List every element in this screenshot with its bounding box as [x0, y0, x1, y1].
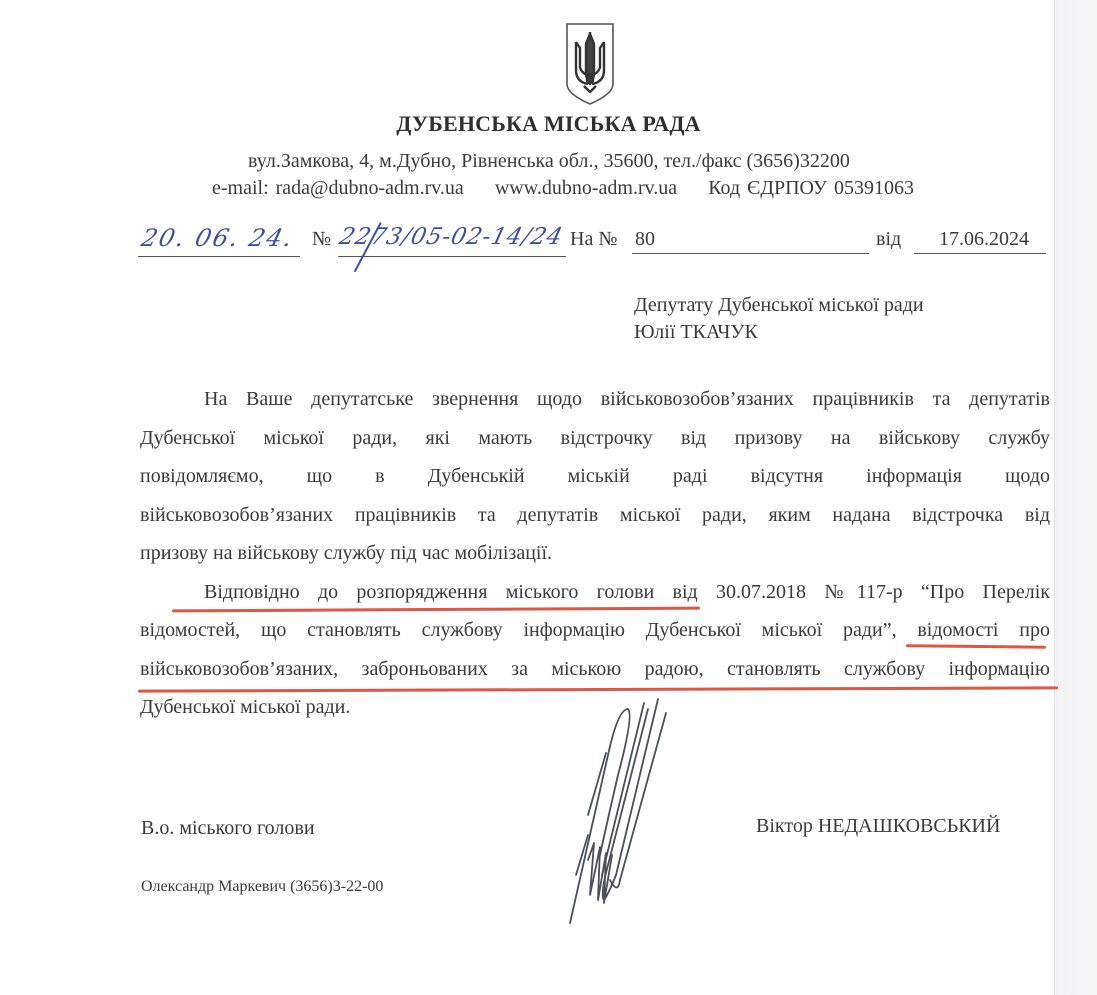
body-line: На Ваше депутатське звернення щодо війсь…	[140, 380, 1050, 419]
organization-address: вул.Замкова, 4, м.Дубно, Рівненська обл.…	[248, 150, 850, 173]
incoming-number-label: На №	[570, 228, 617, 251]
handwritten-signature	[548, 695, 688, 925]
signatory-position: В.о. міського голови	[141, 817, 315, 840]
outgoing-date-handwritten: 20. 06. 24.	[139, 224, 298, 252]
addressee: Депутату Дубенської міської ради Юлії ТК…	[634, 292, 924, 346]
executor-contact: Олександр Маркевич (3656)3-22-00	[141, 878, 383, 896]
body-line: військовозобов’язаних, заброньованих за …	[140, 650, 1050, 689]
outgoing-date-field: 20. 06. 24.	[138, 224, 300, 257]
letter-body: На Ваше депутатське звернення щодо війсь…	[140, 380, 1050, 727]
body-line: Дубенської міської ради, які мають відст…	[140, 419, 1050, 458]
outgoing-number-label: №	[312, 228, 331, 251]
body-line: повідомляємо, що в Дубенській міській ра…	[140, 457, 1050, 496]
organization-contacts: e-mail: rada@dubno-adm.rv.ua www.dubno-a…	[212, 177, 914, 200]
signatory-name: Віктор НЕДАШКОВСЬКИЙ	[756, 815, 1000, 838]
body-line: призову на військову службу під час мобі…	[140, 534, 1050, 573]
organization-website: www.dubno-adm.rv.ua	[495, 177, 677, 199]
organization-email: e-mail: rada@dubno-adm.rv.ua	[212, 177, 464, 199]
addressee-name: Юлії ТКАЧУК	[634, 319, 924, 346]
incoming-date-field: 17.06.2024	[914, 228, 1046, 254]
incoming-date-label: від	[876, 228, 901, 251]
addressee-title: Депутату Дубенської міської ради	[634, 292, 924, 319]
organization-name: ДУБЕНСЬКА МІСЬКА РАДА	[0, 111, 1097, 137]
paragraph-1: На Ваше депутатське звернення щодо війсь…	[140, 380, 1050, 573]
page-edge	[1054, 0, 1097, 995]
organization-edrpou: Код ЄДРПОУ 05391063	[708, 177, 914, 199]
body-line: Відповідно до розпорядження міського гол…	[140, 573, 1050, 612]
body-line: військовозобов’язаних працівників та деп…	[140, 496, 1050, 535]
coat-of-arms-icon	[564, 22, 616, 106]
incoming-number-field: 80	[632, 228, 869, 254]
